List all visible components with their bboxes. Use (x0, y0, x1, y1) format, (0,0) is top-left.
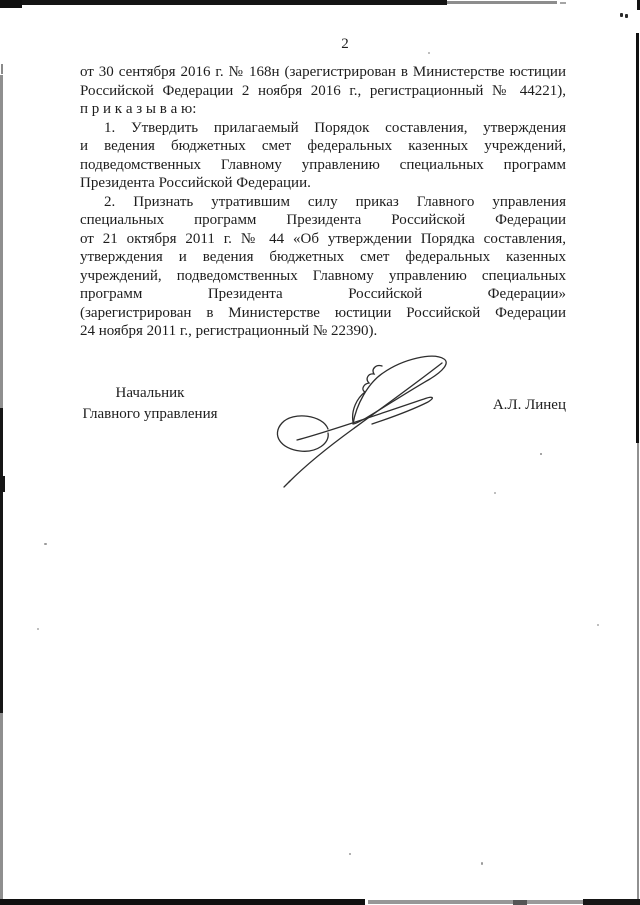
scanned-document-page: 2 от 30 сентября 2016 г. № 168н (зарегис… (0, 0, 640, 905)
text-line: программ Президента Российской Федерации… (80, 285, 566, 304)
scan-artifact-top-dash (560, 2, 566, 4)
paragraph: 1. Утвердить прилагаемый Порядок составл… (80, 119, 566, 193)
scan-speck (349, 853, 351, 855)
paragraph: 2. Признать утратившим силу приказ Главн… (80, 193, 566, 341)
scan-artifact-right-edge-gray (637, 443, 639, 905)
scan-artifact-bottom-bar-gray (368, 900, 513, 904)
text-line: от 30 сентября 2016 г. № 168н (зарегистр… (80, 63, 566, 82)
signer-name: А.Л. Линец (493, 397, 566, 414)
scan-artifact-left-edge-dark (0, 408, 3, 713)
text-line: 24 ноября 2011 г., регистрационный № 223… (80, 322, 566, 341)
text-line: учреждений, подведомственных Главному уп… (80, 267, 566, 286)
handwritten-signature-icon (273, 350, 457, 490)
scan-speck (494, 492, 496, 494)
scan-speck (481, 862, 483, 865)
signer-position-line2: Главного управления (80, 404, 220, 425)
scan-speck-dot (625, 14, 628, 18)
scan-artifact-left-blob (0, 476, 5, 492)
signer-position-line1: Начальник (80, 383, 220, 404)
text-line: 1. Утвердить прилагаемый Порядок составл… (80, 119, 566, 138)
document-body-text: от 30 сентября 2016 г. № 168н (зарегистр… (80, 63, 566, 341)
paragraph: от 30 сентября 2016 г. № 168н (зарегистр… (80, 63, 566, 119)
page-number: 2 (300, 36, 390, 53)
scan-speck (44, 543, 47, 545)
scan-artifact-top-bar (0, 0, 447, 5)
scan-artifact-bottom-bar-right (583, 899, 640, 905)
scan-artifact-bottom-bar-gray (527, 900, 583, 904)
scan-artifact-right-edge-dark (636, 33, 639, 443)
text-line: п р и к а з ы в а ю: (80, 100, 566, 119)
text-line: от 21 октября 2011 г. № 44 «Об утвержден… (80, 230, 566, 249)
scan-speck (37, 628, 39, 630)
scan-speck (428, 52, 430, 54)
signer-position: Начальник Главного управления (80, 383, 220, 424)
text-line: и ведения бюджетных смет федеральных каз… (80, 137, 566, 156)
text-line: специальных программ Президента Российск… (80, 211, 566, 230)
scan-speck (597, 624, 599, 626)
scan-artifact-bottom-bar-left (0, 899, 365, 905)
scan-artifact-top-left-corner (0, 0, 22, 8)
scan-artifact-left-tick (1, 64, 3, 74)
scan-speck (540, 453, 542, 455)
scan-speck-dot (620, 13, 623, 17)
text-line: (зарегистрирован в Министерстве юстиции … (80, 304, 566, 323)
text-line: 2. Признать утратившим силу приказ Главн… (80, 193, 566, 212)
text-line: Российской Федерации 2 ноября 2016 г., р… (80, 82, 566, 101)
scan-artifact-top-bar-gray (447, 1, 557, 4)
text-line: утверждения и ведения бюджетных смет фед… (80, 248, 566, 267)
scan-artifact-bottom-dash (513, 900, 527, 905)
text-line: Президента Российской Федерации. (80, 174, 566, 193)
text-line: подведомственных Главному управлению спе… (80, 156, 566, 175)
